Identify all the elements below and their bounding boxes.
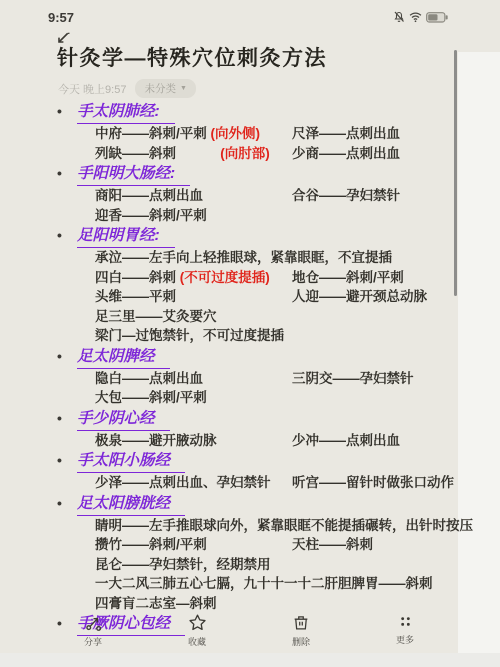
star-icon bbox=[188, 613, 207, 632]
section-header: •手少阴心经 bbox=[57, 408, 490, 431]
note-line: 中府——斜刺/平刺 (向外侧)尺泽——点刺出血 bbox=[57, 124, 490, 144]
toolbar-trash-button[interactable]: 删除 bbox=[278, 613, 324, 653]
acupoint-instruction: 天柱——斜刺 bbox=[292, 535, 490, 555]
acupoint-instruction: 少泽——点刺出血、孕妇禁针 bbox=[95, 475, 271, 490]
acupoint-instruction: 梁门—过饱禁针，不可过度提插 bbox=[95, 328, 284, 343]
note-line: 足三里——艾灸要穴 bbox=[57, 307, 490, 327]
acupoint-instruction: 三阴交——孕妇禁针 bbox=[292, 369, 490, 389]
note-line: 四膏肓二志室—斜刺 bbox=[57, 594, 490, 614]
note-title[interactable]: 针灸学—特殊穴位刺灸方法 bbox=[57, 42, 450, 72]
section-header: •足太阴脾经 bbox=[57, 346, 490, 369]
section-header: •足阳明胃经: bbox=[57, 225, 490, 248]
share-icon bbox=[84, 613, 103, 632]
note-line: 攒竹——斜刺/平刺天柱——斜刺 bbox=[57, 535, 490, 555]
acupoint-instruction: 听宫——留针时做张口动作 bbox=[292, 473, 490, 493]
meridian-title: 手太阳小肠经 bbox=[77, 450, 185, 473]
chevron-down-icon: ▼ bbox=[180, 85, 187, 92]
acupoint-instruction: 昆仑——孕妇禁针，经期禁用 bbox=[95, 557, 271, 572]
acupoint-instruction: 合谷——孕妇禁针 bbox=[292, 186, 490, 206]
acupoint-instruction: 列缺——斜刺 bbox=[95, 146, 217, 161]
acupoint-instruction: 承泣——左手向上轻推眼球，紧靠眼眶，不宜提插 bbox=[95, 250, 392, 265]
acupoint-instruction: 人迎——避开颈总动脉 bbox=[292, 287, 490, 307]
note-body[interactable]: •手太阴肺经: 中府——斜刺/平刺 (向外侧)尺泽——点刺出血列缺——斜刺 (向… bbox=[57, 101, 490, 636]
bullet-icon: • bbox=[57, 101, 77, 122]
note-line: 极泉——避开腋动脉少冲——点刺出血 bbox=[57, 431, 490, 451]
acupoint-instruction: 隐白——点刺出血 bbox=[95, 371, 203, 386]
warning-note: (向肘部) bbox=[217, 146, 270, 161]
acupoint-instruction: 尺泽——点刺出血 bbox=[292, 124, 490, 144]
meridian-title: 足太阳膀胱经 bbox=[77, 493, 185, 516]
mute-icon bbox=[393, 11, 405, 23]
acupoint-instruction: 中府——斜刺/平刺 bbox=[95, 126, 207, 141]
acupoint-instruction: 睛明——左手推眼球向外，紧靠眼眶不能提插碾转，出针时按压 bbox=[95, 518, 473, 533]
meridian-title: 手阳明大肠经: bbox=[77, 163, 190, 186]
trash-icon bbox=[292, 613, 310, 632]
meridian-title: 手少阴心经 bbox=[77, 408, 170, 431]
note-line: 大包——斜刺/平刺 bbox=[57, 388, 490, 408]
bottom-edge bbox=[0, 653, 500, 667]
bullet-icon: • bbox=[57, 346, 77, 367]
toolbar-share-button[interactable]: 分享 bbox=[70, 613, 116, 653]
meridian-title: 手太阴肺经: bbox=[77, 101, 175, 124]
category-label: 未分类 bbox=[144, 81, 176, 96]
toolbar-label: 收藏 bbox=[188, 635, 206, 648]
toolbar-label: 分享 bbox=[84, 635, 102, 648]
note-line: 梁门—过饱禁针，不可过度提插 bbox=[57, 326, 490, 346]
bullet-icon: • bbox=[57, 163, 77, 184]
note-line: 一大二风三肺五心七膈，九十十一十二肝胆脾胃——斜刺 bbox=[57, 574, 490, 594]
bullet-icon: • bbox=[57, 493, 77, 514]
acupoint-instruction: 四膏肓二志室—斜刺 bbox=[95, 596, 217, 611]
acupoint-instruction: 大包——斜刺/平刺 bbox=[95, 390, 207, 405]
note-line: 睛明——左手推眼球向外，紧靠眼眶不能提插碾转，出针时按压 bbox=[57, 516, 490, 536]
acupoint-instruction: 一大二风三肺五心七膈，九十十一十二肝胆脾胃——斜刺 bbox=[95, 576, 433, 591]
clock: 9:57 bbox=[48, 10, 74, 25]
battery-icon bbox=[426, 12, 448, 23]
toolbar-star-button[interactable]: 收藏 bbox=[174, 613, 220, 653]
wifi-icon bbox=[409, 12, 422, 23]
note-line: 昆仑——孕妇禁针，经期禁用 bbox=[57, 555, 490, 575]
section-header: •手太阳小肠经 bbox=[57, 450, 490, 473]
section-header: •足太阳膀胱经 bbox=[57, 493, 490, 516]
meridian-title: 足太阴脾经 bbox=[77, 346, 170, 369]
bullet-icon: • bbox=[57, 450, 77, 471]
toolbar-label: 删除 bbox=[292, 635, 310, 648]
note-meta: 今天 晚上9:57 未分类 ▼ bbox=[58, 79, 196, 98]
acupoint-instruction: 少冲——点刺出血 bbox=[292, 431, 490, 451]
acupoint-instruction: 足三里——艾灸要穴 bbox=[95, 309, 217, 324]
meridian-title: 足阳明胃经: bbox=[77, 225, 175, 248]
section-header: •手太阴肺经: bbox=[57, 101, 490, 124]
more-icon bbox=[397, 613, 414, 630]
acupoint-instruction: 极泉——避开腋动脉 bbox=[95, 433, 217, 448]
note-timestamp: 今天 晚上9:57 bbox=[58, 81, 126, 97]
toolbar-more-button[interactable]: 更多 bbox=[382, 613, 428, 653]
acupoint-instruction: 商阳——点刺出血 bbox=[95, 188, 203, 203]
note-line: 四白——斜刺 (不可过度提插)地仓——斜刺/平刺 bbox=[57, 268, 490, 288]
acupoint-instruction: 地仓——斜刺/平刺 bbox=[292, 268, 490, 288]
acupoint-instruction: 攒竹——斜刺/平刺 bbox=[95, 537, 207, 552]
note-line: 承泣——左手向上轻推眼球，紧靠眼眶，不宜提插 bbox=[57, 248, 490, 268]
bullet-icon: • bbox=[57, 408, 77, 429]
acupoint-instruction: 迎香——斜刺/平刺 bbox=[95, 208, 207, 223]
note-line: 头维——平刺人迎——避开颈总动脉 bbox=[57, 287, 490, 307]
acupoint-instruction: 少商——点刺出血 bbox=[292, 144, 490, 164]
toolbar-label: 更多 bbox=[396, 633, 414, 646]
note-line: 商阳——点刺出血合谷——孕妇禁针 bbox=[57, 186, 490, 206]
bottom-toolbar: 分享收藏删除更多 bbox=[0, 613, 500, 653]
bullet-icon: • bbox=[57, 225, 77, 246]
acupoint-instruction: 头维——平刺 bbox=[95, 289, 176, 304]
warning-note: (向外侧) bbox=[207, 126, 260, 141]
section-header: •手阳明大肠经: bbox=[57, 163, 490, 186]
note-line: 迎香——斜刺/平刺 bbox=[57, 206, 490, 226]
note-line: 少泽——点刺出血、孕妇禁针听宫——留针时做张口动作 bbox=[57, 473, 490, 493]
acupoint-instruction: 四白——斜刺 bbox=[95, 270, 176, 285]
note-line: 隐白——点刺出血三阴交——孕妇禁针 bbox=[57, 369, 490, 389]
warning-note: (不可过度提插) bbox=[176, 270, 270, 285]
status-icons bbox=[393, 11, 448, 23]
status-bar: 9:57 bbox=[0, 0, 500, 28]
category-selector[interactable]: 未分类 ▼ bbox=[135, 79, 195, 98]
note-line: 列缺——斜刺 (向肘部)少商——点刺出血 bbox=[57, 144, 490, 164]
